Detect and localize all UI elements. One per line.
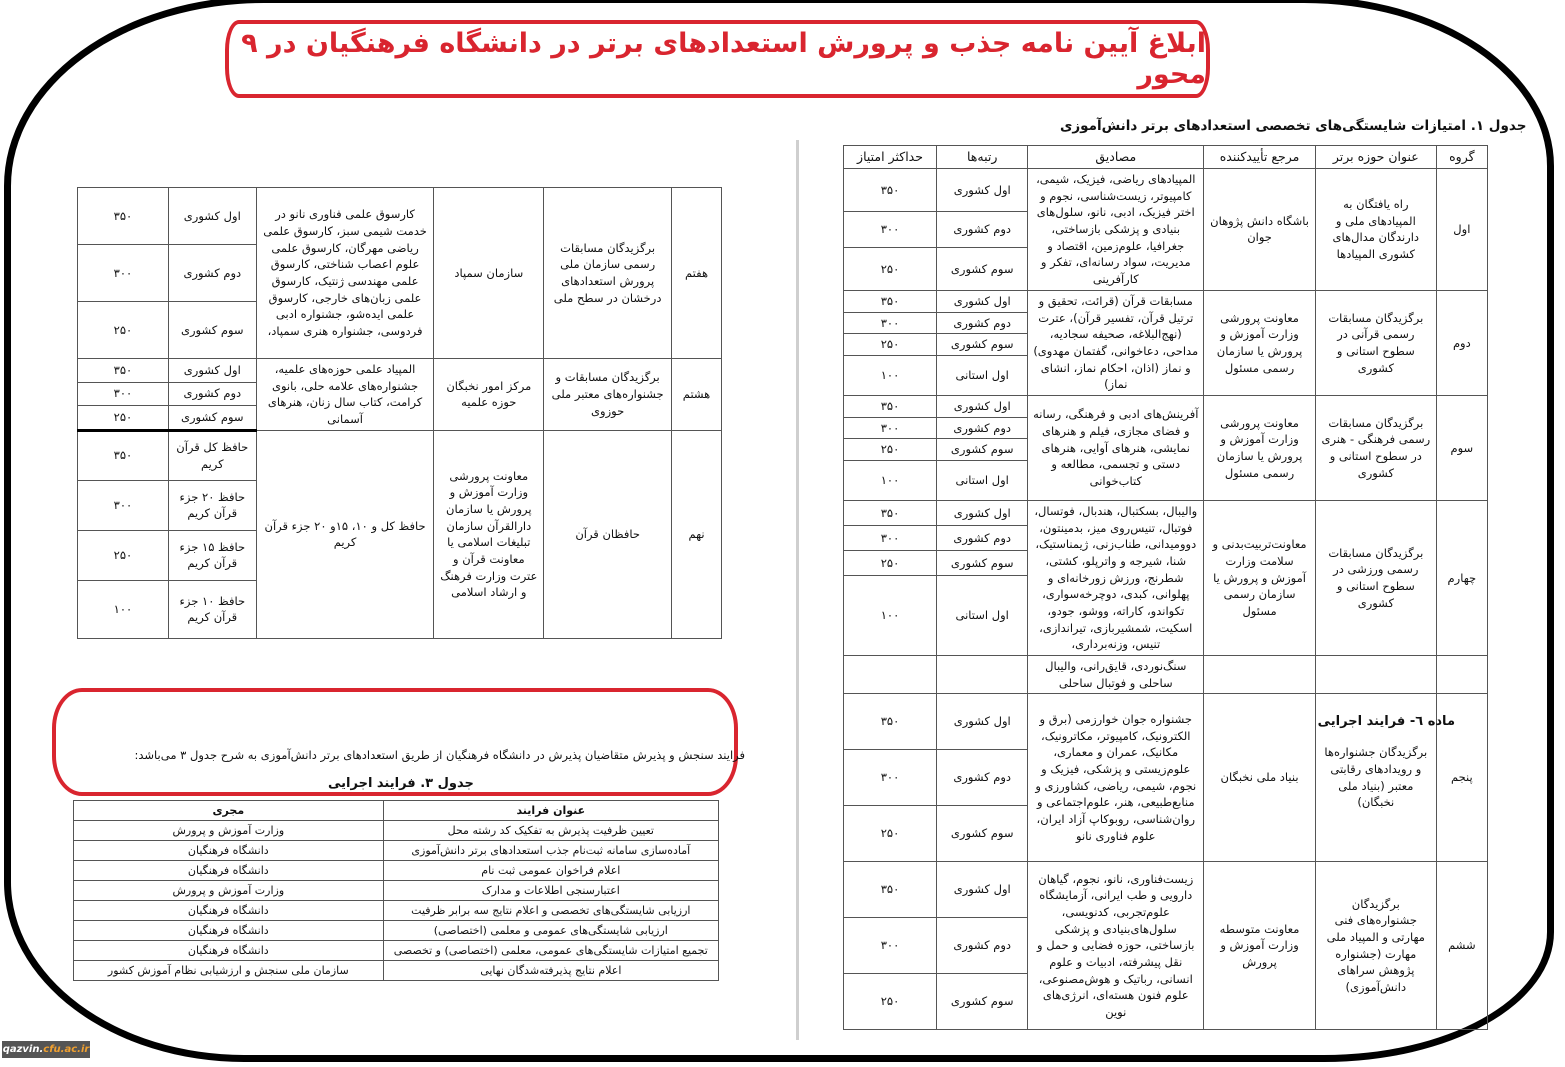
table3-process: عنوان فرایند مجری تعیین ظرفیت پذیرش به ت… <box>73 800 719 981</box>
rank-cell: سوم کشوری <box>937 550 1028 575</box>
group-cell: سوم <box>1436 395 1487 500</box>
rank-cell: اول کشوری <box>937 694 1028 750</box>
max-cell: ۳۵۰ <box>844 862 937 918</box>
executor-cell: دانشگاه فرهنگیان <box>74 901 384 921</box>
rank-cell: حافظ کل قرآن کریم <box>168 430 256 480</box>
rank-cell: اول کشوری <box>937 862 1028 918</box>
table-row: دوم برگزیدگان مسابقات رسمی قرآنی در سطوح… <box>844 290 1488 312</box>
max-cell: ۲۵۰ <box>844 334 937 356</box>
page-divider <box>796 140 799 1040</box>
header-field: عنوان حوزه برتر <box>1315 146 1436 169</box>
max-cell: ۱۰۰ <box>78 580 169 638</box>
title-banner: ابلاغ آیین نامه جذب و پرورش استعدادهای ب… <box>225 20 1210 98</box>
table3-header-row: عنوان فرایند مجری <box>74 801 719 821</box>
max-cell: ۳۰۰ <box>844 750 937 806</box>
group-cell: دوم <box>1436 290 1487 395</box>
rank-cell: دوم کشوری <box>937 750 1028 806</box>
rank-cell: دوم کشوری <box>937 211 1028 248</box>
table-row: اول راه یافتگان به المپیادهای ملی و دارن… <box>844 169 1488 212</box>
ref-cell: معاونت پرورشی وزارت آموزش و پرورش یا ساز… <box>1204 395 1316 500</box>
rank-cell: حافظ ۱۰ جزء قرآن کریم <box>168 580 256 638</box>
rank-cell: دوم کشوری <box>168 382 256 406</box>
process-cell: ارزیابی شایستگی‌های عمومی و معلمی (اختصا… <box>383 921 718 941</box>
group-cell: هفتم <box>672 188 722 359</box>
article6-body: فرایند سنجش و پذیرش متقاضیان پذیرش در دا… <box>96 748 745 762</box>
max-cell: ۳۰۰ <box>78 480 169 530</box>
table-row: تجمیع امتیازات شایستگی‌های عمومی، معلمی … <box>74 941 719 961</box>
max-cell: ۱۰۰ <box>844 575 937 655</box>
rank-cell: اول استانی <box>937 575 1028 655</box>
field-cell: برگزیدگان جشنواره‌های فنی مهارتی و المپی… <box>1315 862 1436 1030</box>
header-ref: مرجع تأییدکننده <box>1204 146 1316 169</box>
table-row-continuation: سنگ‌نوردی، قایق‌رانی، والیبال ساحلی و فو… <box>844 655 1488 693</box>
rank-cell: سوم کشوری <box>937 439 1028 461</box>
max-cell: ۳۰۰ <box>844 211 937 248</box>
empty-cell <box>1315 655 1436 693</box>
page-title: ابلاغ آیین نامه جذب و پرورش استعدادهای ب… <box>229 28 1206 90</box>
table-row: هفتم برگزیدگان مسابقات رسمی سازمان ملی پ… <box>78 188 722 245</box>
examples-cell: والیبال، بسکتبال، هندبال، فوتسال، فوتبال… <box>1028 500 1204 655</box>
rank-cell: اول کشوری <box>168 359 256 383</box>
max-cell: ۳۰۰ <box>844 417 937 439</box>
ref-cell: باشگاه دانش پژوهان جوان <box>1204 169 1316 291</box>
watermark-part1: qazvin. <box>3 1044 44 1055</box>
field-cell: برگزیدگان مسابقات رسمی سازمان ملی پرورش … <box>544 188 672 359</box>
table3-caption: جدول ۳. فرایند اجرایی <box>328 776 474 791</box>
executor-cell: سازمان ملی سنجش و ارزشیابی نظام آموزش کش… <box>74 961 384 981</box>
empty-cell <box>937 655 1028 693</box>
max-cell: ۲۵۰ <box>844 248 937 291</box>
examples-cell: آفرینش‌های ادبی و فرهنگی، رسانه و فضای م… <box>1028 395 1204 500</box>
header-executor: مجری <box>74 801 384 821</box>
executor-cell: وزارت آموزش و پرورش <box>74 821 384 841</box>
max-cell: ۳۵۰ <box>78 188 169 245</box>
table-row: ارزیابی شایستگی‌های تخصصی و اعلام نتایج … <box>74 901 719 921</box>
max-cell: ۳۵۰ <box>78 430 169 480</box>
process-cell: تعیین ظرفیت پذیرش به تفکیک کد رشته محل <box>383 821 718 841</box>
ref-cell: سازمان سمپاد <box>434 188 544 359</box>
max-cell: ۲۵۰ <box>844 974 937 1030</box>
rank-cell: سوم کشوری <box>168 302 256 359</box>
max-cell: ۳۵۰ <box>844 500 937 525</box>
executor-cell: دانشگاه فرهنگیان <box>74 921 384 941</box>
examples-cell: المپیاد علمی حوزه‌های علمیه، جشنواره‌های… <box>256 359 434 431</box>
examples-cell: سنگ‌نوردی، قایق‌رانی، والیبال ساحلی و فو… <box>1028 655 1204 693</box>
rank-cell: حافظ ۱۵ جزء قرآن کریم <box>168 530 256 580</box>
max-cell: ۲۵۰ <box>844 550 937 575</box>
max-cell: ۲۵۰ <box>844 806 937 862</box>
table-row: هشتم برگزیدگان مسابقات و جشنواره‌های معت… <box>78 359 722 383</box>
field-cell: برگزیدگان مسابقات رسمی ورزشی در سطوح است… <box>1315 500 1436 655</box>
executor-cell: دانشگاه فرهنگیان <box>74 841 384 861</box>
field-cell: برگزیدگان مسابقات رسمی فرهنگی - هنری در … <box>1315 395 1436 500</box>
process-cell: آماده‌سازی سامانه ثبت‌نام جذب استعدادهای… <box>383 841 718 861</box>
header-examples: مصادیق <box>1028 146 1204 169</box>
rank-cell: اول کشوری <box>937 169 1028 212</box>
header-group: گروه <box>1436 146 1487 169</box>
max-cell: ۲۵۰ <box>78 302 169 359</box>
examples-cell: جشنواره جوان خوارزمی (برق و الکترونیک، ک… <box>1028 694 1204 862</box>
examples-cell: مسابقات قرآن (قرائت، تحقیق و ترتیل قرآن،… <box>1028 290 1204 395</box>
rank-cell: سوم کشوری <box>168 406 256 431</box>
process-cell: اعتبارسنجی اطلاعات و مدارک <box>383 881 718 901</box>
field-cell: راه یافتگان به المپیادهای ملی و دارندگان… <box>1315 169 1436 291</box>
ref-cell: بنیاد ملی نخبگان <box>1204 694 1316 862</box>
max-cell: ۲۵۰ <box>78 530 169 580</box>
process-cell: تجمیع امتیازات شایستگی‌های عمومی، معلمی … <box>383 941 718 961</box>
table1-talent-scores: گروه عنوان حوزه برتر مرجع تأییدکننده مصا… <box>843 145 1488 1030</box>
rank-cell: اول کشوری <box>937 500 1028 525</box>
table-row: سوم برگزیدگان مسابقات رسمی فرهنگی - هنری… <box>844 395 1488 417</box>
rank-cell: سوم کشوری <box>937 974 1028 1030</box>
rank-cell: اول استانی <box>937 460 1028 500</box>
rank-cell: سوم کشوری <box>937 806 1028 862</box>
rank-cell: دوم کشوری <box>168 245 256 302</box>
article6-heading: ماده ٦- فرایند اجرایی <box>1318 714 1455 729</box>
executor-cell: دانشگاه فرهنگیان <box>74 861 384 881</box>
max-cell: ۳۰۰ <box>844 312 937 334</box>
table-row: اعلام فراخوان عمومی ثبت نامدانشگاه فرهنگ… <box>74 861 719 881</box>
table-row: ارزیابی شایستگی‌های عمومی و معلمی (اختصا… <box>74 921 719 941</box>
rank-cell: اول کشوری <box>937 290 1028 312</box>
max-cell: ۳۰۰ <box>844 525 937 550</box>
examples-cell: زیست‌فناوری، نانو، نجوم، گیاهان دارویی و… <box>1028 862 1204 1030</box>
rank-cell: اول کشوری <box>937 395 1028 417</box>
table-row: اعلام نتایج پذیرفته‌شدگان نهاییسازمان مل… <box>74 961 719 981</box>
empty-cell <box>844 655 937 693</box>
empty-cell <box>1204 655 1316 693</box>
group-cell: هشتم <box>672 359 722 431</box>
max-cell: ۱۰۰ <box>844 355 937 395</box>
group-cell: اول <box>1436 169 1487 291</box>
rank-cell: دوم کشوری <box>937 918 1028 974</box>
executor-cell: دانشگاه فرهنگیان <box>74 941 384 961</box>
group-cell: نهم <box>672 430 722 638</box>
rank-cell: اول کشوری <box>168 188 256 245</box>
table-row: آماده‌سازی سامانه ثبت‌نام جذب استعدادهای… <box>74 841 719 861</box>
field-cell: حافظان قرآن <box>544 430 672 638</box>
max-cell: ۳۰۰ <box>78 245 169 302</box>
table1-caption: جدول ۱. امتیازات شایستگی‌های تخصصی استعد… <box>1060 118 1526 134</box>
rank-cell: اول استانی <box>937 355 1028 395</box>
process-cell: اعلام فراخوان عمومی ثبت نام <box>383 861 718 881</box>
header-max: حداکثر امتیاز <box>844 146 937 169</box>
rank-cell: دوم کشوری <box>937 525 1028 550</box>
ref-cell: معاونت پرورشی وزارت آموزش و پرورش یا ساز… <box>1204 290 1316 395</box>
max-cell: ۲۵۰ <box>78 406 169 431</box>
max-cell: ۳۵۰ <box>844 395 937 417</box>
group-cell: ششم <box>1436 862 1487 1030</box>
max-cell: ۳۰۰ <box>78 382 169 406</box>
table-row: نهم حافظان قرآن معاونت پرورشی وزارت آموز… <box>78 430 722 480</box>
process-cell: ارزیابی شایستگی‌های تخصصی و اعلام نتایج … <box>383 901 718 921</box>
empty-cell <box>1436 655 1487 693</box>
field-cell: برگزیدگان مسابقات رسمی قرآنی در سطوح است… <box>1315 290 1436 395</box>
table1-continued-groups-7-9: هفتم برگزیدگان مسابقات رسمی سازمان ملی پ… <box>77 187 722 639</box>
table-row: تعیین ظرفیت پذیرش به تفکیک کد رشته محلوز… <box>74 821 719 841</box>
executor-cell: وزارت آموزش و پرورش <box>74 881 384 901</box>
rank-cell: حافظ ۲۰ جزء قرآن کریم <box>168 480 256 530</box>
ref-cell: معاونت پرورشی وزارت آموزش و پرورش یا ساز… <box>434 430 544 638</box>
rank-cell: دوم کشوری <box>937 417 1028 439</box>
field-cell: برگزیدگان مسابقات و جشنواره‌های معتبر مل… <box>544 359 672 431</box>
rank-cell: سوم کشوری <box>937 334 1028 356</box>
max-cell: ۱۰۰ <box>844 460 937 500</box>
rank-cell: سوم کشوری <box>937 248 1028 291</box>
ref-cell: معاونت متوسطه وزارت آموزش و پرورش <box>1204 862 1316 1030</box>
examples-cell: حافظ کل و ۱۰، ۱۵و ۲۰ جزء قرآن کریم <box>256 430 434 638</box>
table-row: ششم برگزیدگان جشنواره‌های فنی مهارتی و ا… <box>844 862 1488 918</box>
watermark-part2: cfu.ac.ir <box>43 1044 89 1055</box>
group-cell: چهارم <box>1436 500 1487 655</box>
ref-cell: مرکز امور نخبگان حوزه علمیه <box>434 359 544 431</box>
examples-cell: کارسوق علمی فناوری نانو در خدمت شیمی سبز… <box>256 188 434 359</box>
header-process: عنوان فرایند <box>383 801 718 821</box>
max-cell: ۳۵۰ <box>844 169 937 212</box>
table-row: چهارم برگزیدگان مسابقات رسمی ورزشی در سط… <box>844 500 1488 525</box>
max-cell: ۳۵۰ <box>78 359 169 383</box>
max-cell: ۳۵۰ <box>844 290 937 312</box>
ref-cell: معاونت‌تربیت‌بدنی و سلامت وزارت آموزش و … <box>1204 500 1316 655</box>
examples-cell: المپیادهای ریاضی، فیزیک، شیمی، کامپیوتر،… <box>1028 169 1204 291</box>
table-row: اعتبارسنجی اطلاعات و مدارکوزارت آموزش و … <box>74 881 719 901</box>
max-cell: ۲۵۰ <box>844 439 937 461</box>
site-watermark: qazvin.cfu.ac.ir <box>2 1041 90 1058</box>
process-cell: اعلام نتایج پذیرفته‌شدگان نهایی <box>383 961 718 981</box>
table1-header-row: گروه عنوان حوزه برتر مرجع تأییدکننده مصا… <box>844 146 1488 169</box>
max-cell: ۳۵۰ <box>844 694 937 750</box>
rank-cell: دوم کشوری <box>937 312 1028 334</box>
header-ranks: رتبه‌ها <box>937 146 1028 169</box>
max-cell: ۳۰۰ <box>844 918 937 974</box>
